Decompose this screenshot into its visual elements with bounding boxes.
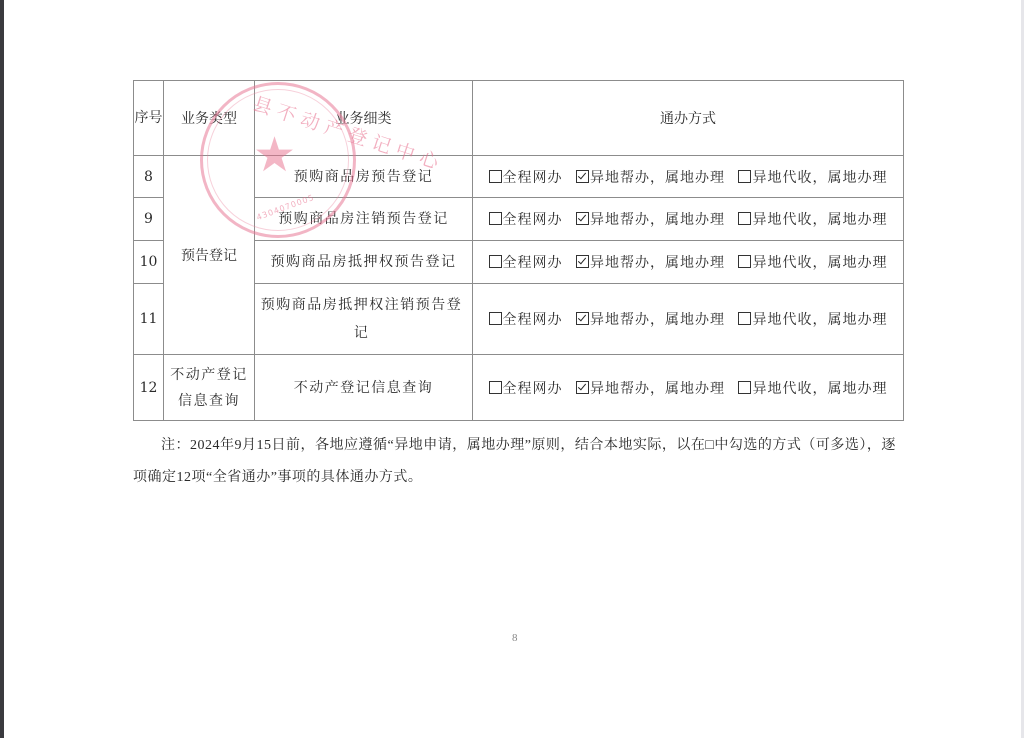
checkbox-checked-icon[interactable] — [576, 381, 589, 394]
table-row: 8 预告登记 预购商品房预告登记 全程网办 异地帮办，属地办理 异地代收，属地办… — [134, 156, 904, 198]
checkbox-checked-icon[interactable] — [576, 170, 589, 183]
service-table: 序号 业务类型 业务细类 通办方式 8 预告登记 预购商品房预告登记 全程网办 … — [133, 80, 904, 421]
row-method: 全程网办 异地帮办，属地办理 异地代收，属地办理 — [473, 284, 904, 355]
header-row: 序号 业务类型 业务细类 通办方式 — [134, 81, 904, 156]
checkbox-unchecked-icon[interactable] — [738, 381, 751, 394]
option-label: 全程网办 — [503, 312, 563, 328]
checkbox-unchecked-icon[interactable] — [738, 212, 751, 225]
option-label: 异地帮办，属地办理 — [590, 312, 725, 328]
row-seq: 12 — [134, 355, 164, 421]
option-label: 异地帮办，属地办理 — [590, 212, 725, 228]
row-seq: 9 — [134, 198, 164, 241]
checkbox-unchecked-icon[interactable] — [738, 255, 751, 268]
checkbox-checked-icon[interactable] — [576, 212, 589, 225]
row-subtype: 预购商品房抵押权预告登记 — [255, 241, 473, 284]
row-subtype: 预购商品房抵押权注销预告登记 — [255, 284, 473, 355]
header-seq: 序号 — [134, 81, 164, 156]
checkbox-unchecked-icon[interactable] — [489, 212, 502, 225]
header-method: 通办方式 — [473, 81, 904, 156]
option-label: 异地代收，属地办理 — [752, 381, 887, 397]
row-method: 全程网办 异地帮办，属地办理 异地代收，属地办理 — [473, 198, 904, 241]
option-label: 全程网办 — [503, 212, 563, 228]
header-type: 业务类型 — [164, 81, 255, 156]
option-label: 异地代收，属地办理 — [752, 212, 887, 228]
row-subtype: 预购商品房注销预告登记 — [255, 198, 473, 241]
checkbox-unchecked-icon[interactable] — [489, 312, 502, 325]
row-subtype: 预购商品房预告登记 — [255, 156, 473, 198]
checkbox-unchecked-icon[interactable] — [489, 255, 502, 268]
row-method: 全程网办 异地帮办，属地办理 异地代收，属地办理 — [473, 355, 904, 421]
row-method: 全程网办 异地帮办，属地办理 异地代收，属地办理 — [473, 156, 904, 198]
option-label: 异地帮办，属地办理 — [590, 381, 725, 397]
table-row: 12 不动产登记信息查询 不动产登记信息查询 全程网办 异地帮办，属地办理 异地… — [134, 355, 904, 421]
checkbox-checked-icon[interactable] — [576, 255, 589, 268]
option-label: 全程网办 — [503, 170, 563, 186]
row-seq: 10 — [134, 241, 164, 284]
checkbox-checked-icon[interactable] — [576, 312, 589, 325]
page-number: 8 — [512, 632, 518, 644]
option-label: 全程网办 — [503, 381, 563, 397]
option-label: 异地代收，属地办理 — [752, 312, 887, 328]
row-seq: 11 — [134, 284, 164, 355]
checkbox-unchecked-icon[interactable] — [489, 170, 502, 183]
header-subtype: 业务细类 — [255, 81, 473, 156]
footnote: 注：2024年9月15日前，各地应遵循“异地申请，属地办理”原则，结合本地实际，… — [133, 430, 903, 494]
row-seq: 8 — [134, 156, 164, 198]
option-label: 异地代收，属地办理 — [752, 255, 887, 271]
option-label: 全程网办 — [503, 255, 563, 271]
option-label: 异地帮办，属地办理 — [590, 255, 725, 271]
scan-edge-left — [0, 0, 4, 738]
checkbox-unchecked-icon[interactable] — [738, 312, 751, 325]
option-label: 异地代收，属地办理 — [752, 170, 887, 186]
checkbox-unchecked-icon[interactable] — [738, 170, 751, 183]
row-subtype: 不动产登记信息查询 — [255, 355, 473, 421]
row-type: 不动产登记信息查询 — [164, 355, 255, 421]
row-type: 预告登记 — [164, 156, 255, 355]
checkbox-unchecked-icon[interactable] — [489, 381, 502, 394]
option-label: 异地帮办，属地办理 — [590, 170, 725, 186]
row-method: 全程网办 异地帮办，属地办理 异地代收，属地办理 — [473, 241, 904, 284]
